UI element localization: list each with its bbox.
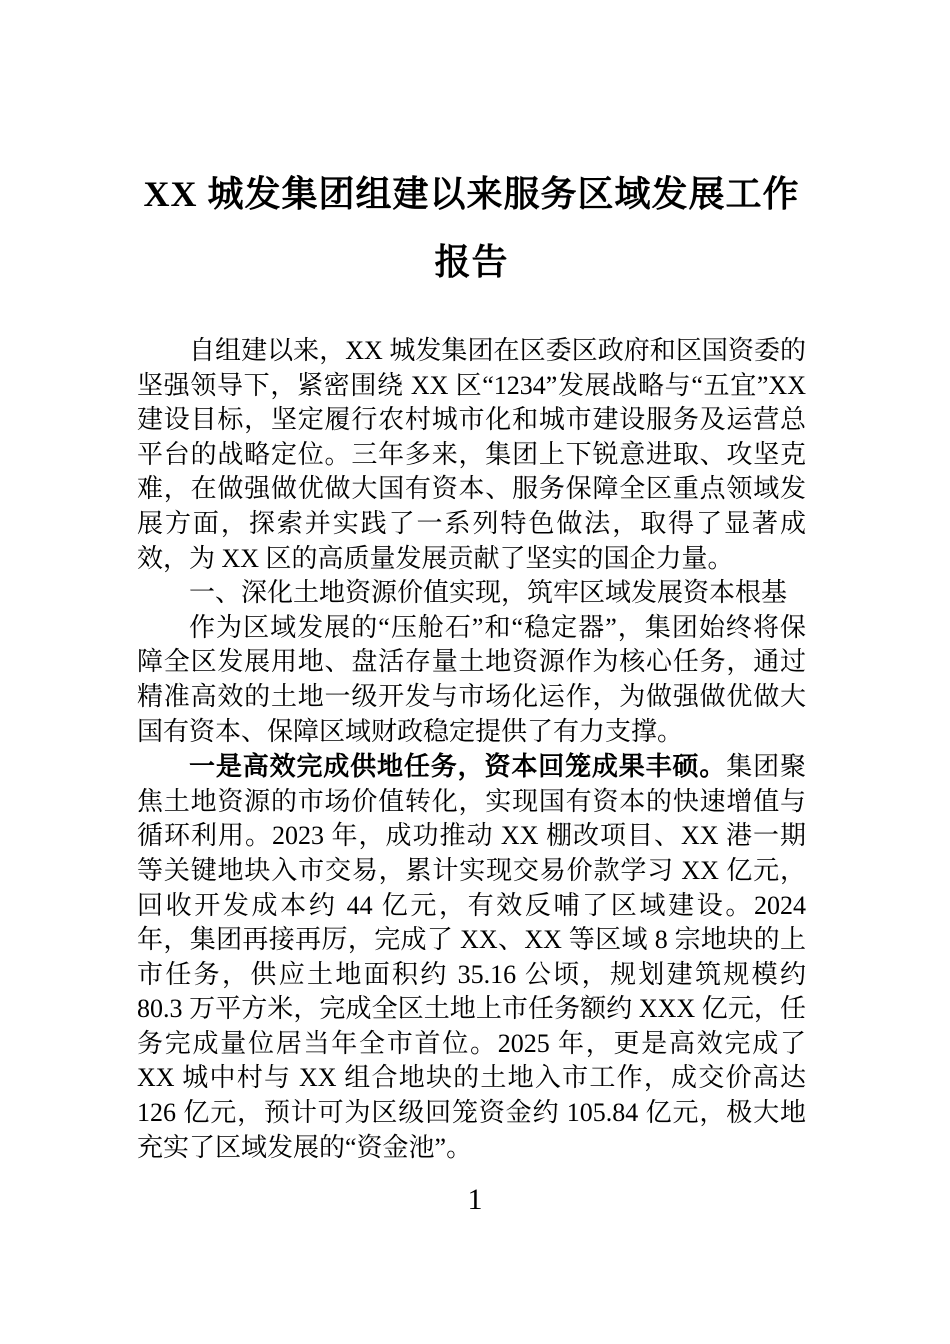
- section-1-paragraph-2-body: 集团聚焦土地资源的市场价值转化，实现国有资本的快速增值与循环利用。2023 年，…: [137, 752, 806, 1162]
- section-1-heading: 一、深化土地资源价值实现，筑牢区域发展资本根基: [137, 576, 806, 611]
- document-title: XX 城发集团组建以来服务区域发展工作报告: [137, 160, 806, 296]
- document-page: XX 城发集团组建以来服务区域发展工作报告 自组建以来，XX 城发集团在区委区政…: [0, 0, 950, 1344]
- section-1-paragraph-1: 作为区域发展的“压舱石”和“稳定器”，集团始终将保障全区发展用地、盘活存量土地资…: [137, 611, 806, 749]
- document-body: 自组建以来，XX 城发集团在区委区政府和区国资委的坚强领导下，紧密围绕 XX 区…: [137, 334, 806, 1165]
- section-1-paragraph-2-lead: 一是高效完成供地任务，资本回笼成果丰硕。: [189, 751, 726, 781]
- section-1-paragraph-2: 一是高效完成供地任务，资本回笼成果丰硕。集团聚焦土地资源的市场价值转化，实现国有…: [137, 749, 806, 1165]
- paragraph-intro: 自组建以来，XX 城发集团在区委区政府和区国资委的坚强领导下，紧密围绕 XX 区…: [137, 334, 806, 576]
- document-title-text: XX 城发集团组建以来服务区域发展工作报告: [144, 174, 800, 282]
- page-number: 1: [0, 1183, 950, 1217]
